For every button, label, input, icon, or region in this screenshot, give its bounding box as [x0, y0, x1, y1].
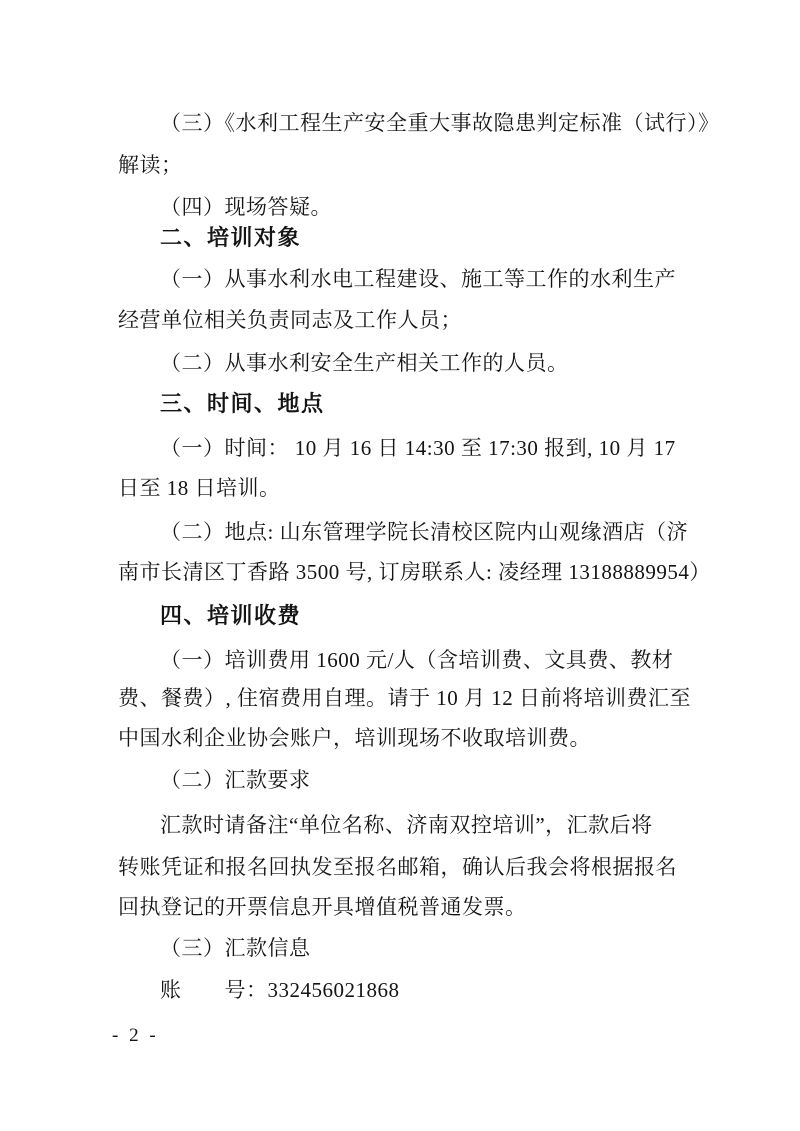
doc-line: 解读； — [118, 145, 183, 185]
section-heading-training-targets: 二、培训对象 — [160, 218, 301, 258]
doc-line: 经营单位相关负责同志及工作人员； — [118, 300, 462, 340]
doc-line: （一）培训费用 1600 元/人（含培训费、文具费、教材 — [160, 640, 673, 680]
doc-line: （二）从事水利安全生产相关工作的人员。 — [160, 343, 569, 383]
doc-line: （二）地点: 山东管理学院长清校区院内山观缘酒店（济 — [160, 512, 688, 552]
doc-line: 汇款时请备注“单位名称、济南双控培训”，汇款后将 — [160, 805, 653, 845]
document-page: （三）《水利工程生产安全重大事故隐患判定标准（试行）》 解读； （四）现场答疑。… — [0, 0, 800, 1131]
doc-line-account-number: 账 号：332456021868 — [160, 970, 400, 1010]
doc-line: 回执登记的开票信息开具增值税普通发票。 — [118, 887, 527, 927]
doc-line: （三）汇款信息 — [160, 928, 311, 968]
doc-line: 中国水利企业协会账户，培训现场不收取培训费。 — [118, 718, 591, 758]
doc-line: （三）《水利工程生产安全重大事故隐患判定标准（试行）》 — [160, 103, 720, 143]
page-number: - 2 - — [112, 1016, 159, 1056]
doc-line: 费、餐费）, 住宿费用自理。请于 10 月 12 日前将培训费汇至 — [118, 678, 691, 718]
section-heading-training-fees: 四、培训收费 — [160, 596, 301, 636]
section-heading-time-place: 三、时间、地点 — [160, 384, 325, 424]
doc-line: （二）汇款要求 — [160, 760, 311, 800]
doc-line: 转账凭证和报名回执发至报名邮箱，确认后我会将根据报名 — [118, 847, 677, 887]
doc-line: （一）从事水利水电工程建设、施工等工作的水利生产 — [160, 259, 676, 299]
doc-line: （一）时间： 10 月 16 日 14:30 至 17:30 报到, 10 月 … — [160, 428, 676, 468]
doc-line: 南市长清区丁香路 3500 号, 订房联系人: 凌经理 13188889954） — [118, 552, 711, 592]
doc-line: 日至 18 日培训。 — [118, 468, 281, 508]
